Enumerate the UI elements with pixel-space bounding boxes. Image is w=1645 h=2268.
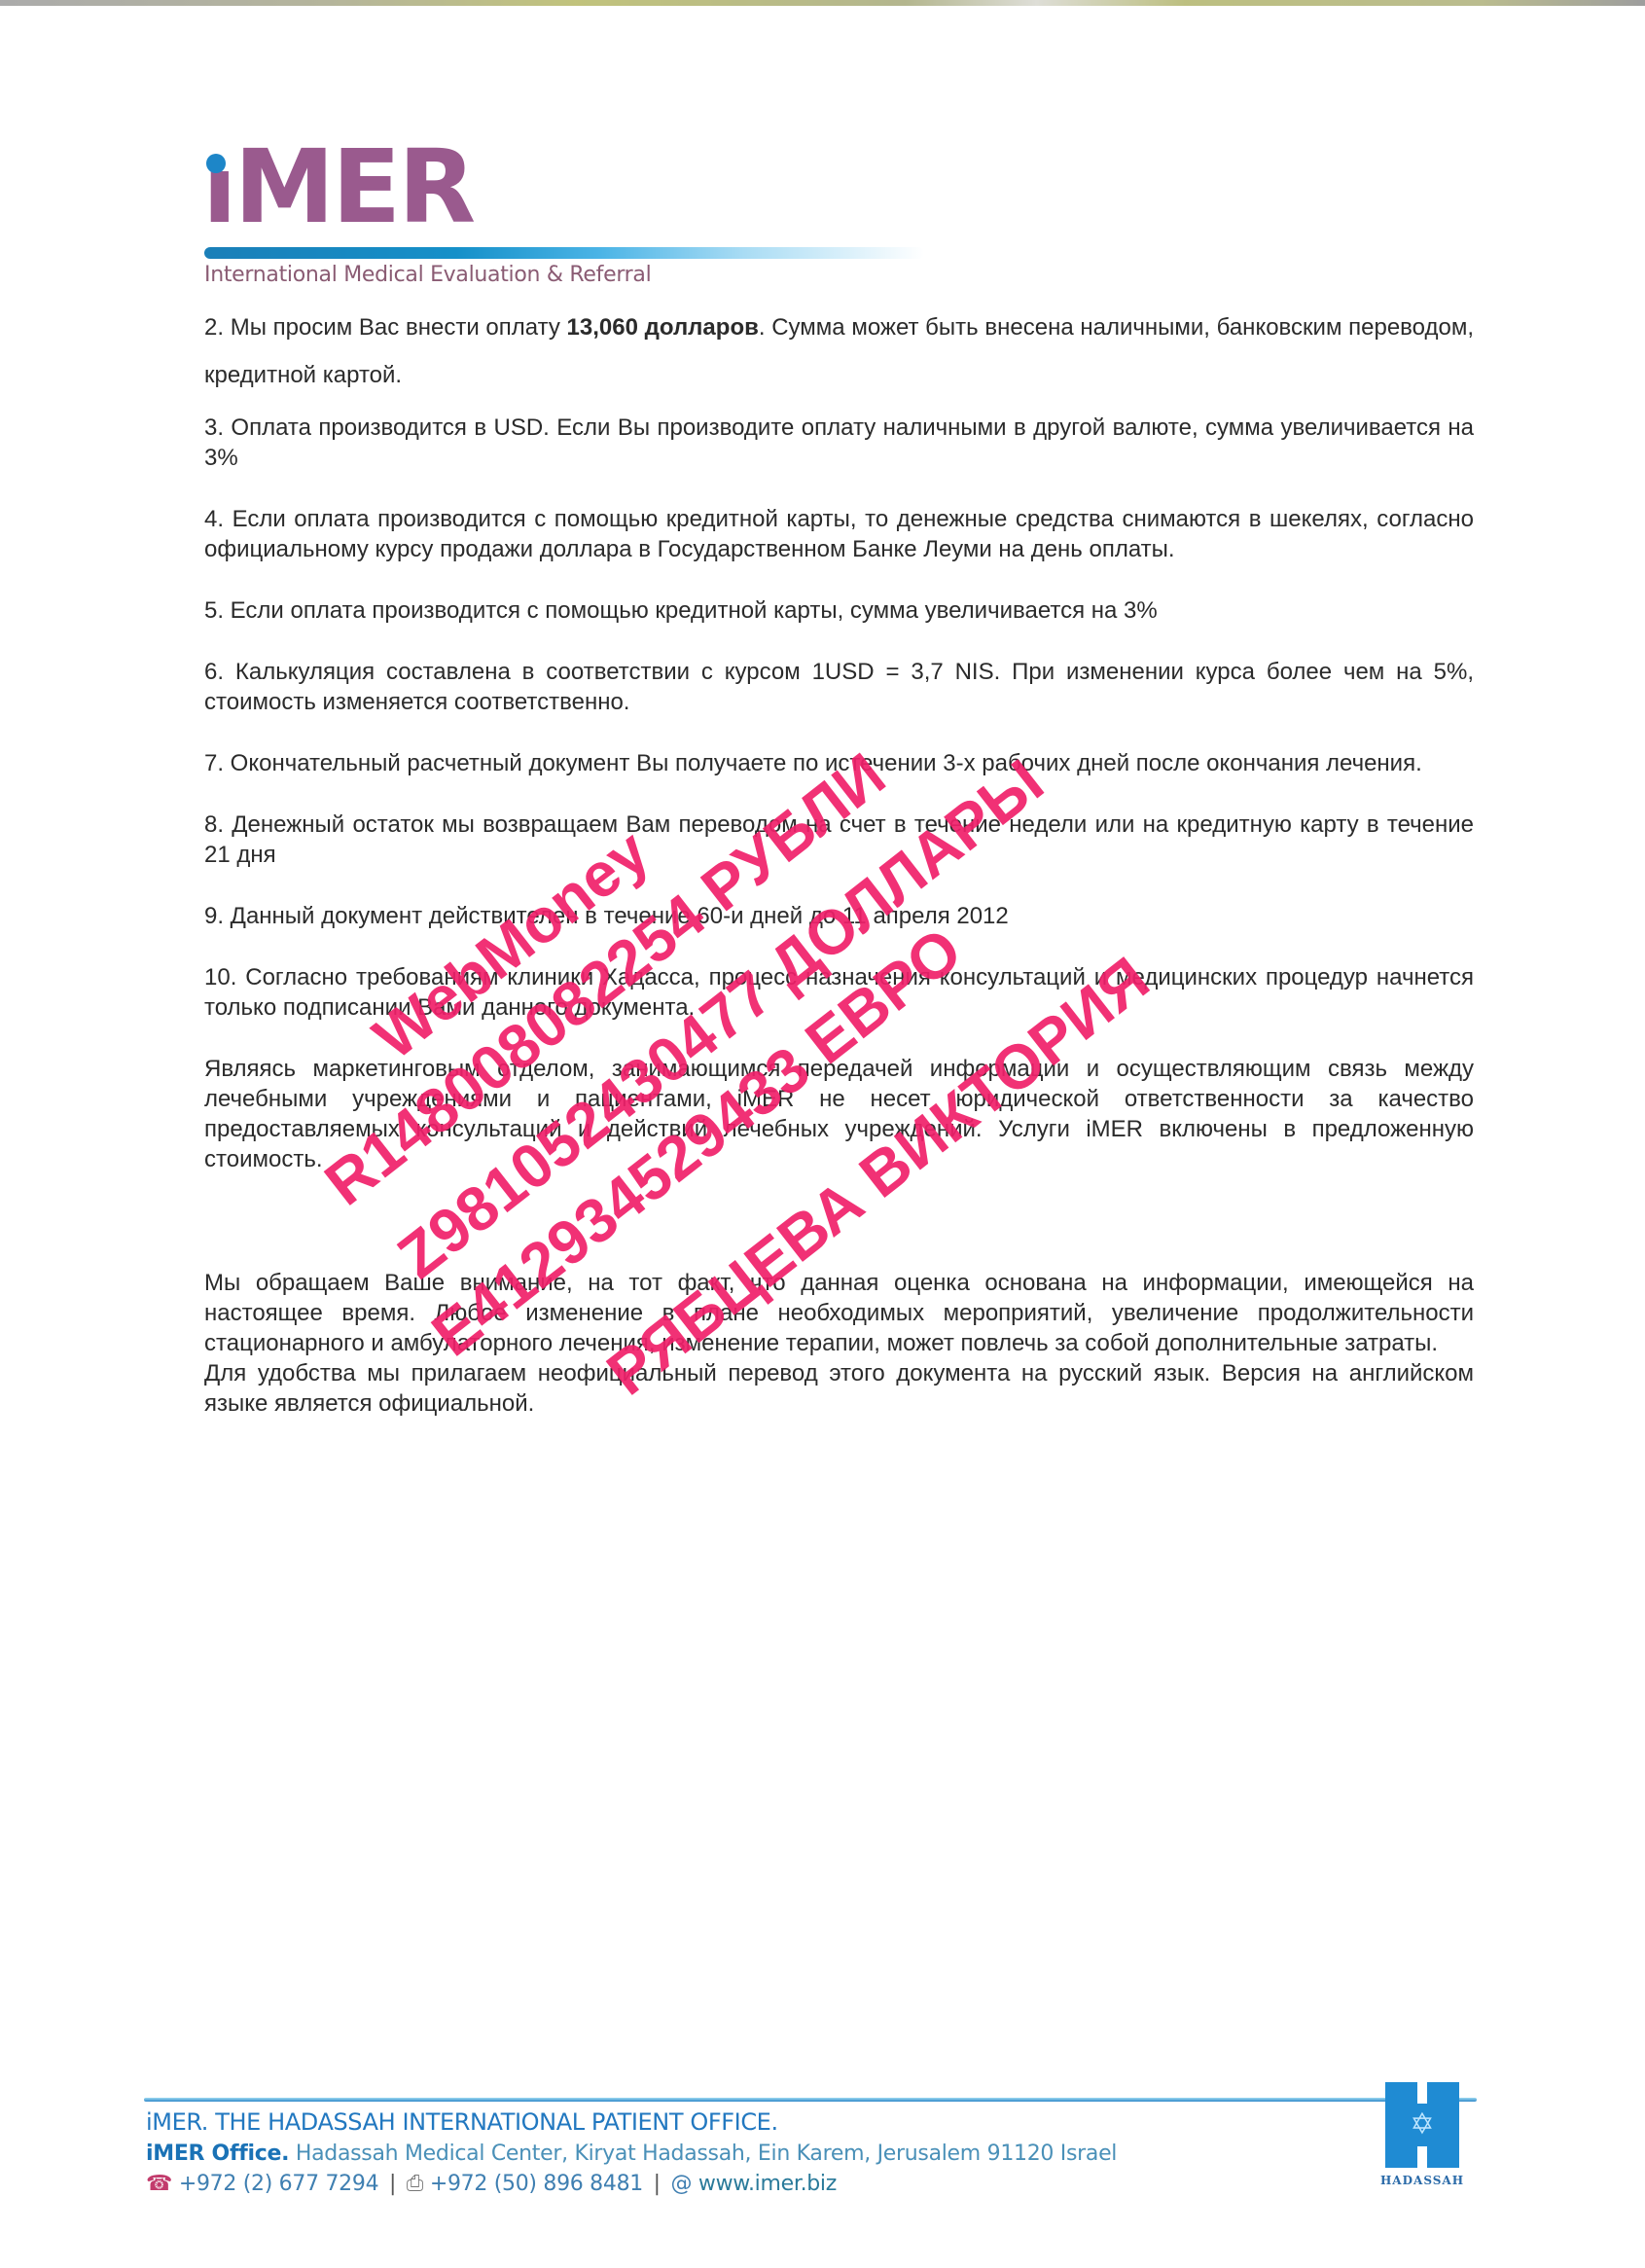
fax-icon: ⎙ [407, 2172, 423, 2196]
payment-amount: 13,060 долларов [567, 314, 759, 341]
emblem-slot [1417, 2082, 1427, 2104]
footer-rule [144, 2098, 1477, 2102]
disclaimer-paragraph: Являясь маркетинговым отделом, занимающи… [204, 1054, 1474, 1174]
star-emblem-icon: ✡ [1407, 2109, 1438, 2141]
hadassah-emblem-icon: ✡ [1385, 2082, 1459, 2168]
logo-dot-icon [206, 154, 226, 173]
office-label: iMER Office. [146, 2142, 289, 2166]
mobile-number: +972 (50) 896 8481 [430, 2172, 643, 2196]
logo-tagline: International Medical Evaluation & Refer… [204, 263, 651, 287]
logo-wordmark: iMER [202, 136, 473, 237]
phone-icon: ☎ [146, 2172, 172, 2196]
emblem-slot [1417, 2146, 1427, 2168]
item-2-prefix: 2. Мы просим Вас внести оплату [204, 314, 567, 341]
logo-text: iMER [202, 127, 473, 246]
hadassah-label: HADASSAH [1377, 2174, 1467, 2187]
footer-contacts: ☎ +972 (2) 677 7294 | ⎙ +972 (50) 896 84… [146, 2172, 1117, 2196]
item-4: 4. Если оплата производится с помощью кр… [204, 504, 1474, 564]
at-icon: @ [671, 2172, 693, 2196]
separator: | [654, 2172, 661, 2196]
item-6: 6. Калькуляция составлена в соответствии… [204, 657, 1474, 717]
footer-title: iMER. THE HADASSAH INTERNATIONAL PATIENT… [146, 2108, 1117, 2136]
translation-note: Для удобства мы прилагаем неофициальный … [204, 1358, 1474, 1419]
item-2: 2. Мы просим Вас внести оплату 13,060 до… [204, 304, 1474, 399]
separator: | [389, 2172, 396, 2196]
hadassah-logo: ✡ HADASSAH [1377, 2082, 1467, 2187]
item-10: 10. Согласно требованиям клиники Хадасса… [204, 962, 1474, 1023]
website-link[interactable]: www.imer.biz [698, 2172, 837, 2196]
notice-paragraph: Мы обращаем Ваше внимание, на тот факт, … [204, 1268, 1474, 1358]
item-5: 5. Если оплата производится с помощью кр… [204, 595, 1474, 626]
document-body: 2. Мы просим Вас внести оплату 13,060 до… [204, 304, 1474, 1419]
footer: iMER. THE HADASSAH INTERNATIONAL PATIENT… [146, 2108, 1117, 2196]
item-9: 9. Данный документ действителен в течени… [204, 901, 1474, 931]
scan-edge [0, 0, 1645, 6]
item-8: 8. Денежный остаток мы возвращаем Вам пе… [204, 810, 1474, 870]
footer-address: iMER Office. Hadassah Medical Center, Ki… [146, 2142, 1117, 2166]
item-7: 7. Окончательный расчетный документ Вы п… [204, 748, 1474, 778]
phone-number: +972 (2) 677 7294 [179, 2172, 378, 2196]
spacer [204, 1206, 1474, 1268]
office-address: Hadassah Medical Center, Kiryat Hadassah… [296, 2142, 1117, 2166]
imer-logo: iMER [202, 136, 473, 237]
item-3: 3. Оплата производится в USD. Если Вы пр… [204, 413, 1474, 473]
logo-gradient-bar [204, 247, 924, 259]
